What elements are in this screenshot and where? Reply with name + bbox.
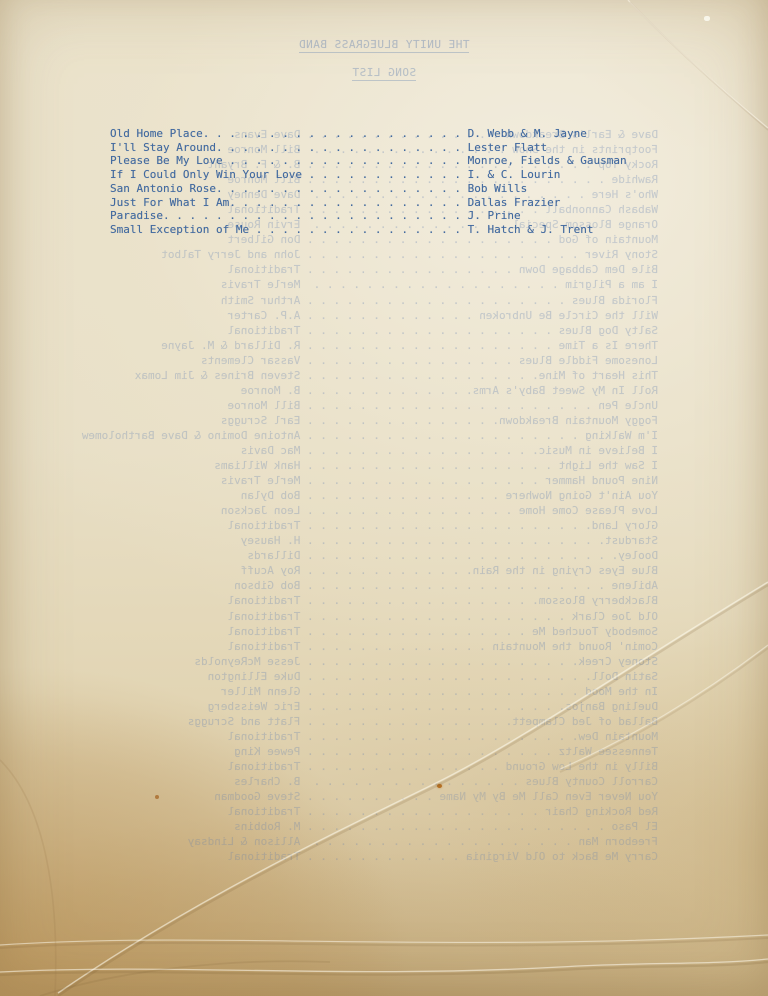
song-title-text: Nine Pound Hammer	[545, 474, 658, 487]
song-row: Foggy Mountain Breakdown. . . . . . . . …	[82, 413, 658, 428]
song-title-text: Mountain Dew.	[572, 730, 658, 743]
dot-leader: . . . . . . . . . . . . . . . . . .	[223, 141, 468, 154]
song-row: In the Mood . . . . . . . . . . . . . . …	[82, 684, 658, 699]
song-artist-text: Dallas Frazier	[468, 196, 561, 209]
song-row: Love Please Come Home . . . . . . . . . …	[82, 503, 658, 518]
song-row: Salty Dog Blues . . . . . . . . . . . . …	[82, 323, 658, 338]
song-row: Blue Eyes Crying in the Rain. . . . . . …	[82, 563, 658, 578]
song-artist-text: Merle Travis	[221, 474, 300, 487]
song-row: Stoney Creek. . . . . . . . . . . . . . …	[82, 654, 658, 669]
song-title-text: Small Exception of Me	[110, 223, 249, 236]
song-artist-text: Bob Wills	[468, 182, 528, 195]
song-row: Bile Dem Cabbage Down . . . . . . . . . …	[82, 262, 658, 277]
song-title-text: Somebody Touched Me	[532, 625, 658, 638]
front-song-list: Old Home Place. . . . . . . . . . . . . …	[110, 127, 627, 237]
song-title-text: Satin Doll.	[585, 670, 658, 683]
song-title-text: El Paso	[612, 820, 658, 833]
song-title-text: Uncle Pen	[598, 399, 658, 412]
song-row: Paradise. . . . . . . . . . . . . . . . …	[110, 209, 627, 223]
dot-leader: . . . . . . . . . . . . . . . . . . . .	[300, 835, 578, 848]
dot-leader: . . . . . . . . . . . . . . .	[300, 715, 505, 728]
song-row: Ballad of Jed Clampett. . . . . . . . . …	[82, 714, 658, 729]
dot-leader: . . . . . . . . . . . . . . . . . . . . …	[170, 209, 468, 222]
song-row: Please Be My Love . . . . . . . . . . . …	[110, 154, 627, 168]
song-artist-text: Pewee King	[234, 745, 300, 758]
song-title-text: This Heart of Mine.	[532, 369, 658, 382]
dot-leader: . . . . . . . . . . . . . . . .	[300, 354, 519, 367]
song-row: Tennessee Waltz . . . . . . . . . . . . …	[82, 744, 658, 759]
song-row: Old Home Place. . . . . . . . . . . . . …	[110, 127, 627, 141]
dot-leader: . . . . . . . . . . . . . . . . . . . . …	[300, 399, 598, 412]
ghost-list-title-text: SONG LIST	[352, 66, 416, 81]
song-title-text: In the Mood	[585, 685, 658, 698]
song-title-text: Old Home Place.	[110, 127, 209, 140]
song-row: Will the Circle Be Unbroken . . . . . . …	[82, 308, 658, 323]
song-title-text: Stony River	[585, 248, 658, 261]
song-artist-text: Bob Dylan	[241, 489, 301, 502]
song-row: Carry Me Back to Old Virginia . . . . . …	[82, 849, 658, 864]
song-artist-text: Arthur Smith	[221, 294, 300, 307]
dot-leader: . . . . . . . . . .	[300, 790, 439, 803]
song-artist-text: Lester Flatt	[468, 141, 547, 154]
song-artist-text: Roy Acuff	[241, 564, 301, 577]
song-title-text: There Is a Time	[559, 339, 658, 352]
song-artist-text: Traditional	[228, 324, 301, 337]
song-row: San Antonio Rose. . . . . . . . . . . . …	[110, 182, 627, 196]
dot-leader: . . . . . . . . . . . . . . .	[300, 489, 505, 502]
song-title-text: Carry Me Back to Old Virginia	[466, 850, 658, 863]
song-row: Mountain Dew. . . . . . . . . . . . . . …	[82, 729, 658, 744]
song-title-text: Carroll County Blues	[526, 775, 658, 788]
dot-leader: . . . . . . . . . . . . . . . . . . .	[300, 278, 565, 291]
dot-leader: . . . . . . . . . . . . . . . . . . . . …	[300, 534, 598, 547]
song-artist-text: H. Hausey	[241, 534, 301, 547]
song-row: I'm Walking . . . . . . . . . . . . . . …	[82, 428, 658, 443]
song-title-text: Dooley.	[612, 549, 658, 562]
song-title-text: Paradise.	[110, 209, 170, 222]
song-row: Somebody Touched Me . . . . . . . . . . …	[82, 624, 658, 639]
song-row: There Is a Time . . . . . . . . . . . . …	[82, 338, 658, 353]
dot-leader: . . . . . . . . . . . . . . . . . . . . …	[300, 519, 585, 532]
rust-fleck	[155, 795, 159, 799]
dot-leader: . . . . . . . . . . . . . . . . . .	[300, 805, 545, 818]
song-artist-text: R. Dillard & M. Jayne	[161, 339, 300, 352]
song-row: El Paso . . . . . . . . . . . . . . . . …	[82, 819, 658, 834]
song-artist-text: A.P. Carter	[228, 309, 301, 322]
dot-leader: . . . . . . . . . . . . . . . . . .	[223, 154, 468, 167]
dot-leader: . . . . . . . . . . . . . . . . . . . . …	[300, 248, 585, 261]
song-artist-text: Vassar Clements	[201, 354, 300, 367]
song-artist-text: Steven Brines & Jim Lomax	[135, 369, 301, 382]
dot-leader: . . . . . . . . . . . .	[300, 850, 466, 863]
song-artist-text: Traditional	[228, 594, 301, 607]
song-row: Freeborn Man . . . . . . . . . . . . . .…	[82, 834, 658, 849]
song-title-text: I Believe in Music.	[532, 444, 658, 457]
song-title-text: Just For What I Am.	[110, 196, 236, 209]
song-row: Satin Doll. . . . . . . . . . . . . . . …	[82, 669, 658, 684]
song-row: You Never Even Call Me By My Name . . . …	[82, 789, 658, 804]
song-row: I Saw the Light . . . . . . . . . . . . …	[82, 458, 658, 473]
ghost-band-name-text: THE UNITY BLUEGRASS BAND	[299, 38, 470, 53]
rust-fleck	[437, 784, 442, 788]
song-artist-text: J. Prine	[468, 209, 521, 222]
song-title-text: Old Joe Clark	[572, 610, 658, 623]
song-artist-text: Traditional	[228, 640, 301, 653]
dot-leader: . . . . . . . . . . . . . .	[300, 414, 492, 427]
song-title-text: Blue Eyes Crying in the Rain.	[466, 564, 658, 577]
song-title-text: Foggy Mountain Breakdown.	[492, 414, 658, 427]
song-title-text: You Ain't Going Nowhere	[506, 489, 658, 502]
song-row: Roll In My Sweet Baby's Arms. . . . . . …	[82, 383, 658, 398]
song-title-text: Florida Blues	[572, 294, 658, 307]
song-artist-text: Traditional	[228, 760, 301, 773]
song-row: Florida Blues . . . . . . . . . . . . . …	[82, 293, 658, 308]
song-artist-text: M. Robbins	[234, 820, 300, 833]
dot-leader: . . . . . . . . . . . . . . . . .	[236, 196, 468, 209]
dot-leader: . . . . . . . . . . . . . . . . .	[300, 625, 532, 638]
dot-leader: . . . . . . . . . . . . . . . . . . . . …	[300, 820, 611, 833]
song-row: I am a Pilgrim . . . . . . . . . . . . .…	[82, 277, 658, 292]
song-title-text: I Saw the Light	[559, 459, 658, 472]
song-title-text: You Never Even Call Me By My Name	[439, 790, 658, 803]
dot-leader: . . . . . . . . . . . . . . . . . . . .	[300, 730, 572, 743]
corner-fold-highlight	[704, 16, 710, 21]
song-title-text: Abilene	[612, 579, 658, 592]
song-artist-text: Leon Jackson	[221, 504, 300, 517]
song-title-text: Please Be My Love	[110, 154, 223, 167]
song-title-text: Ballad of Jed Clampett.	[506, 715, 658, 728]
dot-leader: . . . . . . . . . . . . . . . . .	[300, 444, 532, 457]
song-row: Carroll County Blues . . . . . . . . . .…	[82, 774, 658, 789]
song-row: Old Joe Clark . . . . . . . . . . . . . …	[82, 609, 658, 624]
song-artist-text: Duke Ellington	[208, 670, 301, 683]
song-artist-text: Traditional	[228, 730, 301, 743]
song-artist-text: Steve Goodman	[214, 790, 300, 803]
song-artist-text: Traditional	[228, 610, 301, 623]
song-artist-text: Traditional	[228, 263, 301, 276]
dot-leader: . . . . . . . . . . . . . . . .	[300, 775, 525, 788]
song-artist-text: T. Hatch & J. Trent	[468, 223, 594, 236]
song-row: Lonesome Fiddle Blues . . . . . . . . . …	[82, 353, 658, 368]
song-row: Dooley. . . . . . . . . . . . . . . . . …	[82, 548, 658, 563]
song-row: This Heart of Mine. . . . . . . . . . . …	[82, 368, 658, 383]
song-row: Uncle Pen . . . . . . . . . . . . . . . …	[82, 398, 658, 413]
song-row: I Believe in Music. . . . . . . . . . . …	[82, 443, 658, 458]
dot-leader: . . . . . . . . . . . . . . . . . . . . …	[300, 670, 585, 683]
song-row: Billy in the Low Ground . . . . . . . . …	[82, 759, 658, 774]
song-title-text: Blackberry Blossom.	[532, 594, 658, 607]
dot-leader: . . . . . . . . . . . . . . . . . . .	[300, 459, 558, 472]
song-title-text: Love Please Come Home	[519, 504, 658, 517]
dot-leader: . . . . . . . . . . . . . . . . . . . . …	[300, 579, 611, 592]
dot-leader: . . . . . . . . . . . . . . . . . . .	[300, 339, 558, 352]
song-row: Glory Land. . . . . . . . . . . . . . . …	[82, 518, 658, 533]
song-row: I'll Stay Around. . . . . . . . . . . . …	[110, 141, 627, 155]
ghost-list-title: SONG LIST	[0, 66, 768, 79]
song-row: Dueling Banjos. . . . . . . . . . . . . …	[82, 699, 658, 714]
song-title-text: Lonesome Fiddle Blues	[519, 354, 658, 367]
song-artist-text: Bob Gibson	[234, 579, 300, 592]
dot-leader: . . . . . . . . . . . . . .	[300, 640, 492, 653]
dot-leader: . . . . . . . . . . . . . . . . . . . .	[300, 655, 572, 668]
song-title-text: Dueling Banjos.	[559, 700, 658, 713]
dot-leader: . . . . . . . . . . . .	[300, 384, 466, 397]
dot-leader: . . . . . . . . . . . . . . . . . .	[223, 182, 468, 195]
song-title-text: Billy in the Low Ground	[506, 760, 658, 773]
song-artist-text: I. & C. Lourin	[468, 168, 561, 181]
song-title-text: Freeborn Man	[579, 835, 658, 848]
song-artist-text: Traditional	[228, 850, 301, 863]
song-artist-text: Earl Scruggs	[221, 414, 300, 427]
song-title-text: Stoney Creek.	[572, 655, 658, 668]
song-title-text: Roll In My Sweet Baby's Arms.	[466, 384, 658, 397]
song-row: Abilene . . . . . . . . . . . . . . . . …	[82, 578, 658, 593]
song-artist-text: Flatt and Scruggs	[188, 715, 301, 728]
ghost-band-name: THE UNITY BLUEGRASS BAND	[0, 38, 768, 51]
dot-leader: . . . . . . . . . . . . .	[300, 309, 479, 322]
song-artist-text: Traditional	[228, 805, 301, 818]
song-artist-text: B. Charles	[234, 775, 300, 788]
dot-leader: . . . . . . . . . . . . . . . . . . .	[209, 127, 467, 140]
song-title-text: Comin' Round the Mountain	[492, 640, 658, 653]
dot-leader: . . . . . . . . . . . . . . . . . . .	[300, 324, 558, 337]
song-artist-text: B. Monroe	[241, 384, 301, 397]
song-title-text: Salty Dog Blues	[559, 324, 658, 337]
song-row: Nine Pound Hammer . . . . . . . . . . . …	[82, 473, 658, 488]
song-title-text: If I Could Only Win Your Love	[110, 168, 302, 181]
song-artist-text: Mac Davis	[241, 444, 301, 457]
dot-leader: . . . . . . . . . . . . . . . . .	[300, 369, 532, 382]
dot-leader: . . . . . . . . . . . . . . . . . .	[300, 474, 545, 487]
song-title-text: I'll Stay Around.	[110, 141, 223, 154]
song-artist-text: Bill Monroe	[228, 399, 301, 412]
song-title-text: San Antonio Rose.	[110, 182, 223, 195]
song-artist-text: Monroe, Fields & Gausman	[468, 154, 627, 167]
ghost-song-list: Dave & Earl's Breakdown . . . . . . . . …	[82, 127, 658, 864]
dot-leader: . . . . . . . . . . . . . . . . . . . . …	[300, 549, 611, 562]
dot-leader: . . . . . . . . . . . . . . . . . . .	[300, 700, 558, 713]
dot-leader: . . . . . . . . . . . . . . . . . . . . …	[300, 685, 585, 698]
song-row: Stardust. . . . . . . . . . . . . . . . …	[82, 533, 658, 548]
song-title-text: Glory Land.	[585, 519, 658, 532]
dot-leader: . . . . . . . . . . . . . . . . . . . .	[300, 610, 572, 623]
dot-leader: . . . . . . . . . . . . . . . .	[300, 263, 519, 276]
song-row: Blackberry Blossom. . . . . . . . . . . …	[82, 593, 658, 608]
song-artist-text: Hank Williams	[214, 459, 300, 472]
song-title-text: Red Rocking Chair	[545, 805, 658, 818]
dot-leader: . . . . . . . . . . . . . . .	[300, 760, 505, 773]
dot-leader: . . . . . . . . . . . . . . . . . . . . …	[300, 429, 585, 442]
song-row: Comin' Round the Mountain . . . . . . . …	[82, 639, 658, 654]
song-artist-text: Glenn Miller	[221, 685, 300, 698]
song-artist-text: Eric Weissberg	[208, 700, 301, 713]
song-title-text: Bile Dem Cabbage Down	[519, 263, 658, 276]
song-title-text: I am a Pilgrim	[565, 278, 658, 291]
song-title-text: Stardust.	[598, 534, 658, 547]
dot-leader: . . . . . . . . . . . .	[300, 564, 466, 577]
song-artist-text: Jesse McReynolds	[194, 655, 300, 668]
song-title-text: Will the Circle Be Unbroken	[479, 309, 658, 322]
song-row: Red Rocking Chair . . . . . . . . . . . …	[82, 804, 658, 819]
song-artist-text: Traditional	[228, 519, 301, 532]
song-artist-text: John and Jerry Talbot	[161, 248, 300, 261]
song-artist-text: Dillards	[247, 549, 300, 562]
dot-leader: . . . . . . . . . . . . . . . . .	[300, 594, 532, 607]
dot-leader: . . . . . . . . . . . .	[302, 168, 468, 181]
song-row: You Ain't Going Nowhere . . . . . . . . …	[82, 488, 658, 503]
song-row: Just For What I Am. . . . . . . . . . . …	[110, 196, 627, 210]
dot-leader: . . . . . . . . . . . . . . . .	[300, 504, 519, 517]
page-scan: THE UNITY BLUEGRASS BAND SONG LIST Dave …	[0, 0, 768, 996]
dot-leader: . . . . . . . . . . . . . . . . . . . .	[300, 294, 572, 307]
song-title-text: I'm Walking	[585, 429, 658, 442]
dot-leader: . . . . . . . . . . . . . . . . . . .	[300, 745, 558, 758]
song-artist-text: D. Webb & M. Jayne	[468, 127, 587, 140]
song-row: Stony River . . . . . . . . . . . . . . …	[82, 247, 658, 262]
song-artist-text: Allison & Lindsay	[188, 835, 301, 848]
song-artist-text: Antoine Domino & Dave Bartholomew	[82, 429, 301, 442]
song-row: Small Exception of Me . . . . . . . . . …	[110, 223, 627, 237]
song-artist-text: Traditional	[228, 625, 301, 638]
song-title-text: Tennessee Waltz	[559, 745, 658, 758]
song-artist-text: Merle Travis	[221, 278, 300, 291]
song-row: If I Could Only Win Your Love . . . . . …	[110, 168, 627, 182]
dot-leader: . . . . . . . . . . . . . . . .	[249, 223, 468, 236]
